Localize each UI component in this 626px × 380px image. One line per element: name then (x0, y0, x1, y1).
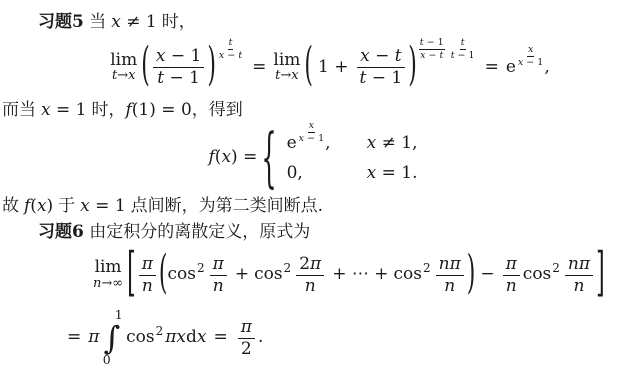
cosine-word: cos (523, 264, 551, 285)
square-exponent: 2 (284, 261, 292, 276)
equals-sign: = (485, 57, 499, 78)
fraction: π n (210, 254, 227, 296)
fraction-denominator: 2 (238, 339, 255, 359)
right-paren: ) (467, 252, 476, 298)
differential-variable: x (197, 327, 207, 348)
cosine-word: cos (394, 264, 422, 285)
intro-text: 由定积分的离散定义，原式为 (89, 222, 310, 242)
cosine-word: cos (254, 264, 282, 285)
case-value: e x x − 1 , (287, 131, 367, 156)
exercise5-conclusion-line: 故f(x)于x = 1点间断，为第二类间断点. (0, 196, 626, 217)
euler-e: e (287, 133, 297, 154)
fraction-denominator: x − t (419, 50, 444, 62)
lim-subscript: n→∞ (93, 277, 123, 291)
left-paren: ( (159, 252, 168, 298)
pi-coefficient: π (88, 327, 99, 348)
fraction-numerator: π (503, 254, 520, 275)
fraction-numerator: x (308, 120, 315, 133)
exponent-fraction: t t − 1 (450, 37, 476, 62)
exponent-group: t x − t (218, 37, 243, 62)
limit-operator: lim t→x (273, 52, 300, 83)
fraction-denominator: x − 1 (517, 57, 544, 69)
exercise5-case-line: 而当x = 1时，f(1) = 0，得到 (0, 100, 626, 121)
comma: , (544, 57, 549, 78)
fraction-denominator: x − t (218, 50, 243, 62)
exponent-fraction: t − 1 x − t (419, 37, 445, 62)
fraction-numerator: π (139, 254, 156, 275)
lim-word: lim (273, 52, 300, 70)
right-paren: ) (408, 44, 417, 90)
fraction-numerator: x − t (357, 46, 405, 67)
discontinuity-point: x = 1 (80, 196, 125, 216)
intro-text-pre: 当 (89, 12, 106, 32)
lim-word: lim (95, 259, 122, 277)
text-pre: 而当 (2, 100, 36, 120)
fraction-numerator: 2π (296, 254, 324, 275)
intro-condition: x ≠ 1 (111, 12, 156, 32)
plus-sign: + (235, 264, 249, 285)
text-post: 点间断，为第二类间断点. (131, 196, 323, 216)
function-lhs: f(x) = (209, 147, 258, 168)
exercise6-section: 习题6 由定积分的离散定义，原式为 lim n→∞ [ π n ( cos2 π… (0, 222, 626, 371)
fraction-numerator: x (527, 44, 534, 57)
exponent-fraction: t x − t (218, 37, 243, 62)
condition: x = 1 (41, 100, 86, 120)
case-condition: x = 1. (367, 163, 418, 184)
limit-operator: lim n→∞ (93, 259, 123, 290)
fraction: nπ n (436, 254, 464, 296)
text-post: ，得到 (192, 100, 243, 120)
fraction-numerator: nπ (436, 254, 464, 275)
fraction: π n (139, 254, 156, 296)
text-mid: 于 (58, 196, 75, 216)
cases-brace: { (261, 125, 276, 190)
riemann-sum-equation: lim n→∞ [ π n ( cos2 π n + cos2 2π n + ⋯… (0, 245, 626, 305)
fraction-denominator: t − 1 (154, 68, 203, 88)
fraction-denominator: n (139, 276, 156, 296)
function-value: f(1) = 0 (125, 100, 191, 120)
lim-subscript: t→x (112, 69, 135, 83)
fraction-denominator: t − 1 (450, 50, 476, 62)
case-value: 0, (287, 163, 367, 184)
exercise6-intro-line: 习题6 由定积分的离散定义，原式为 (0, 222, 626, 243)
fraction-numerator: π (210, 254, 227, 275)
period: . (258, 327, 263, 348)
square-exponent: 2 (197, 261, 205, 276)
limit-operator: lim t→x (110, 52, 137, 83)
one-plus-term: 1 + (318, 57, 348, 78)
cosine-word: cos (126, 327, 154, 348)
integral-sign: ∫ (103, 323, 120, 353)
differential-d: d (186, 327, 197, 348)
lim-word: lim (110, 52, 137, 70)
cosine-word: cos (168, 264, 196, 285)
square-exponent: 2 (423, 261, 431, 276)
fraction-numerator: nπ (565, 254, 593, 275)
equals-sign: = (67, 327, 81, 348)
integral-upper-limit: 1 (115, 309, 123, 322)
left-paren: ( (141, 44, 150, 90)
exercise5-intro-line: 习题5 当x ≠ 1时， (0, 0, 626, 33)
exponent-fraction: x x − 1 (517, 44, 544, 69)
fraction-denominator: n (571, 276, 588, 296)
left-paren: ( (304, 44, 313, 90)
text-pre: 故 (2, 196, 19, 216)
right-paren: ) (207, 44, 216, 90)
fraction: nπ n (565, 254, 593, 296)
equals-sign: = (214, 327, 228, 348)
fraction-numerator: t − 1 (419, 37, 445, 50)
fraction-numerator: t (228, 37, 234, 50)
left-bracket: [ (127, 249, 136, 302)
equals-sign: = (252, 57, 266, 78)
integral-lower-limit: 0 (103, 354, 111, 367)
fraction: 2π n (296, 254, 324, 296)
exercise5-label: 习题5 (38, 12, 84, 32)
fraction: π n (503, 254, 520, 296)
right-bracket: ] (596, 249, 605, 302)
function-name: f(x) (24, 196, 53, 216)
square-exponent: 2 (156, 324, 164, 339)
fraction-denominator: n (503, 276, 520, 296)
text-mid: 时， (91, 100, 125, 120)
intro-text-post: 时， (162, 12, 196, 32)
minus-sign: − (480, 264, 494, 285)
fraction-denominator: n (302, 276, 319, 296)
fraction-numerator: π (238, 317, 255, 338)
plus-cdots-plus: + ⋯ + (332, 264, 388, 285)
exponent-fraction: x x − 1 (298, 120, 325, 145)
cases-rows: e x x − 1 , x ≠ 1, 0, x = 1. (287, 131, 418, 184)
euler-e: e (506, 57, 516, 78)
exercise6-label: 习题6 (38, 222, 84, 242)
exponent-group: t − 1 x − t t t − 1 (419, 37, 476, 62)
limit-equation: lim t→x ( x − 1 t − 1 ) t x − t = lim t→… (0, 36, 626, 98)
fraction-denominator: t − 1 (356, 68, 405, 88)
case-row: e x x − 1 , x ≠ 1, (287, 131, 418, 156)
exercise5-section: 习题5 当x ≠ 1时， lim t→x ( x − 1 t − 1 ) t x… (0, 0, 626, 217)
lim-subscript: t→x (275, 69, 298, 83)
case-row: 0, x = 1. (287, 163, 418, 184)
integrand: πx (165, 327, 186, 348)
square-exponent: 2 (552, 261, 560, 276)
fraction-denominator: n (441, 276, 458, 296)
fraction-denominator: n (210, 276, 227, 296)
comma: , (325, 133, 330, 154)
case-condition: x ≠ 1, (367, 133, 418, 154)
piecewise-definition: f(x) = { e x x − 1 , x ≠ 1, 0, x = 1. (0, 124, 626, 192)
fraction: x − 1 t − 1 (153, 46, 204, 88)
fraction-numerator: t (460, 37, 466, 50)
integral-result-equation: = π 1 ∫ 0 cos2 πxdx = π 2 . (0, 305, 626, 371)
result-fraction: π 2 (238, 317, 255, 359)
fraction-numerator: x − 1 (153, 46, 204, 67)
integral-operator: 1 ∫ 0 (103, 309, 120, 366)
fraction: x − t t − 1 (356, 46, 405, 88)
fraction-denominator: x − 1 (298, 133, 325, 145)
